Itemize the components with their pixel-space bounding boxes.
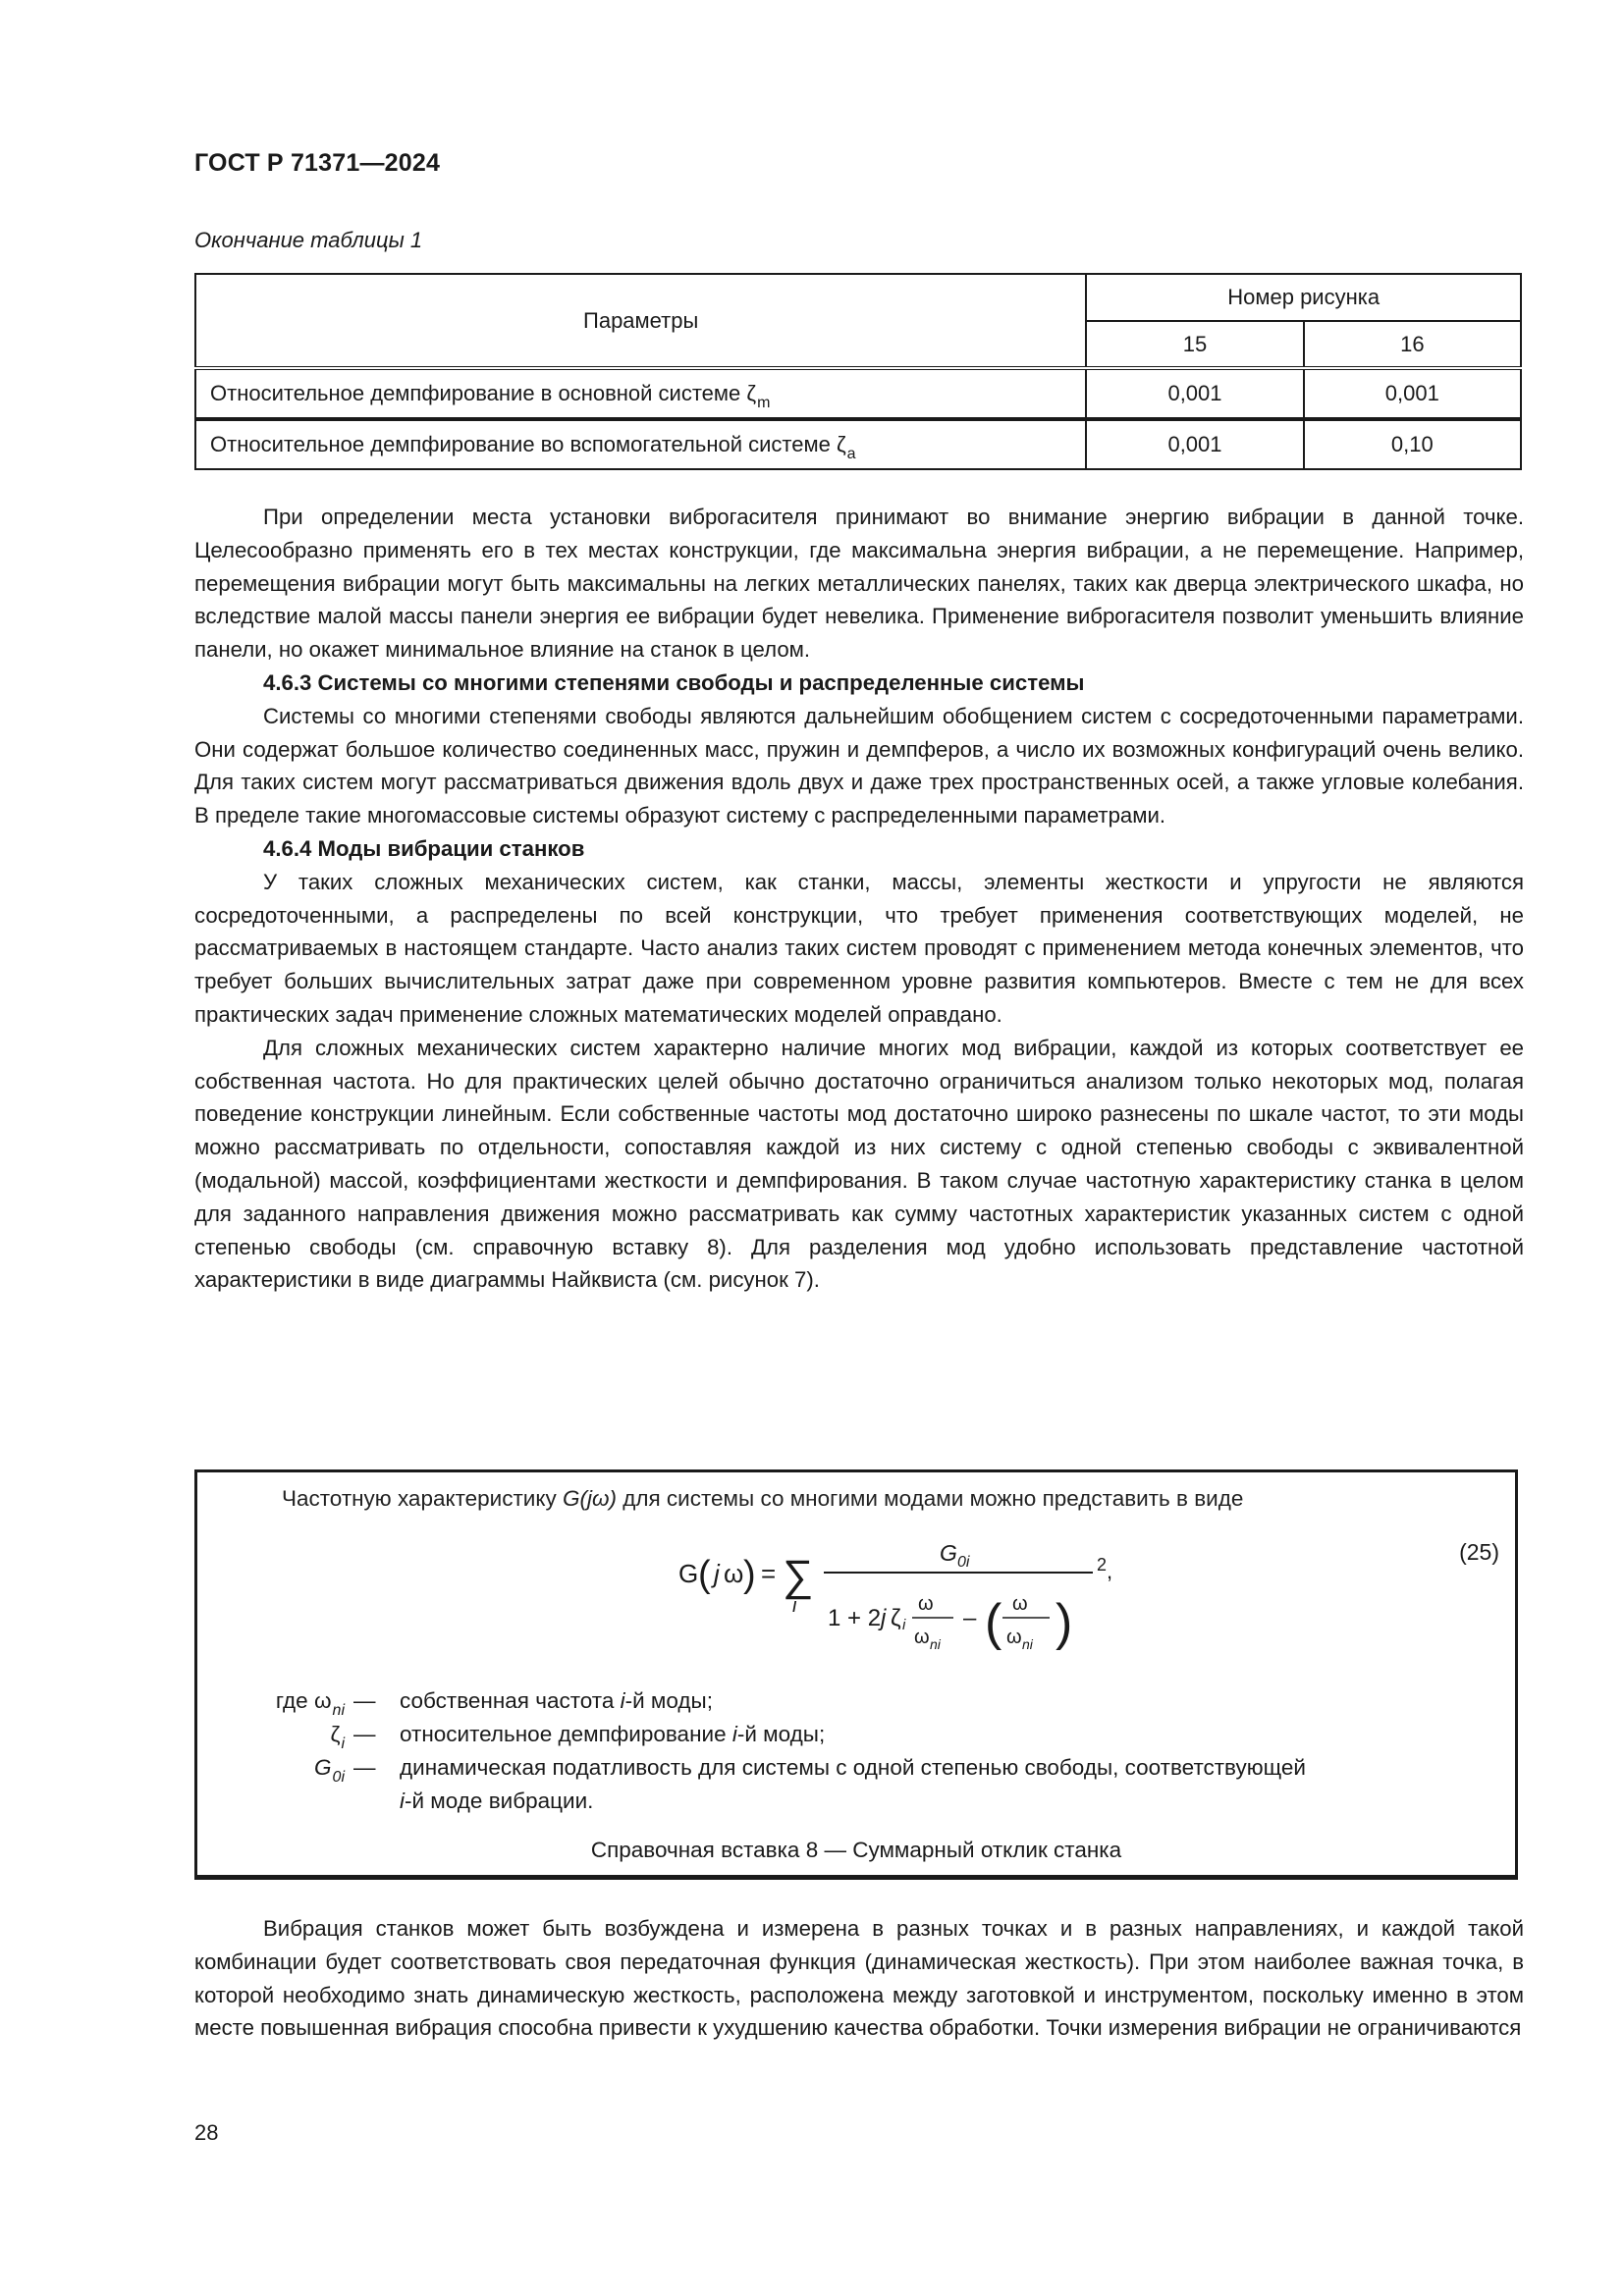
parameters-table: Параметры Номер рисунка 15 16 Относитель… [194, 273, 1522, 470]
svg-text:ni: ni [1022, 1636, 1034, 1652]
table-row: Относительное демпфирование в основной с… [195, 368, 1521, 419]
svg-text:i: i [792, 1595, 797, 1617]
paragraph: При определении места установки виброгас… [194, 501, 1524, 667]
row-label: Относительное демпфирование во вспомогат… [195, 419, 1086, 469]
row-label: Относительное демпфирование в основной с… [195, 368, 1086, 419]
svg-text:j: j [711, 1559, 721, 1588]
reference-insert-box: Частотную характеристику G(jω) для систе… [194, 1469, 1518, 1880]
main-text-block: Вибрация станков может быть возбуждена и… [194, 1912, 1524, 2045]
insert-intro-text: Частотную характеристику G(jω) для систе… [282, 1486, 1243, 1512]
paragraph: Вибрация станков может быть возбуждена и… [194, 1912, 1524, 2045]
svg-text:ω: ω [914, 1627, 930, 1648]
formula-frequency-response: G ( j ω ) = ∑ i G 0i 2 , 1 + 2 j ζ i ω ω [678, 1531, 1268, 1679]
table-caption: Окончание таблицы 1 [194, 228, 422, 253]
column-header-figure-number: Номер рисунка [1086, 274, 1521, 321]
document-header: ГОСТ Р 71371—2024 [194, 149, 440, 178]
svg-text:): ) [743, 1554, 756, 1595]
svg-text:ω: ω [918, 1593, 934, 1615]
column-header-figure-15: 15 [1086, 321, 1303, 368]
cell-value: 0,001 [1086, 419, 1303, 469]
equation-number: (25) [1459, 1539, 1499, 1566]
column-header-figure-16: 16 [1304, 321, 1521, 368]
section-heading-4-6-3: 4.6.3 Системы со многими степенями свобо… [194, 667, 1524, 700]
section-heading-4-6-4: 4.6.4 Моды вибрации станков [194, 832, 1524, 866]
svg-text:2: 2 [1097, 1555, 1107, 1575]
cell-value: 0,10 [1304, 419, 1521, 469]
table-row: Относительное демпфирование во вспомогат… [195, 419, 1521, 469]
cell-value: 0,001 [1304, 368, 1521, 419]
zeta-symbol: ζ [746, 381, 756, 405]
paragraph: Для сложных механических систем характер… [194, 1032, 1524, 1297]
column-header-parameters: Параметры [195, 274, 1086, 368]
svg-text:): ) [1056, 1594, 1072, 1651]
svg-text:ω: ω [1012, 1593, 1028, 1615]
document-page: ГОСТ Р 71371—2024 Окончание таблицы 1 Па… [0, 0, 1624, 2296]
svg-text:–: – [963, 1605, 977, 1631]
svg-text:ω: ω [724, 1559, 743, 1588]
svg-text:=: = [761, 1559, 776, 1588]
insert-caption: Справочная вставка 8 — Суммарный отклик … [197, 1838, 1515, 1863]
svg-text:ω: ω [1006, 1627, 1022, 1648]
svg-text:ζ: ζ [891, 1605, 901, 1631]
page-number: 28 [194, 2120, 218, 2146]
svg-text:G: G [678, 1559, 698, 1588]
svg-text:(: ( [985, 1594, 1002, 1651]
svg-text:(: ( [698, 1554, 711, 1595]
svg-text:1 + 2: 1 + 2 [828, 1605, 881, 1631]
svg-text:ni: ni [930, 1636, 942, 1652]
paragraph: У таких сложных механических систем, как… [194, 866, 1524, 1032]
svg-text:∑: ∑ [783, 1552, 813, 1600]
svg-text:,: , [1107, 1559, 1112, 1583]
zeta-symbol: ζ [837, 432, 846, 456]
cell-value: 0,001 [1086, 368, 1303, 419]
svg-text:0i: 0i [957, 1554, 970, 1571]
svg-text:G: G [940, 1540, 957, 1566]
main-text-block: При определении места установки виброгас… [194, 501, 1524, 1297]
svg-text:i: i [902, 1617, 906, 1633]
paragraph: Системы со многими степенями свободы явл… [194, 700, 1524, 832]
